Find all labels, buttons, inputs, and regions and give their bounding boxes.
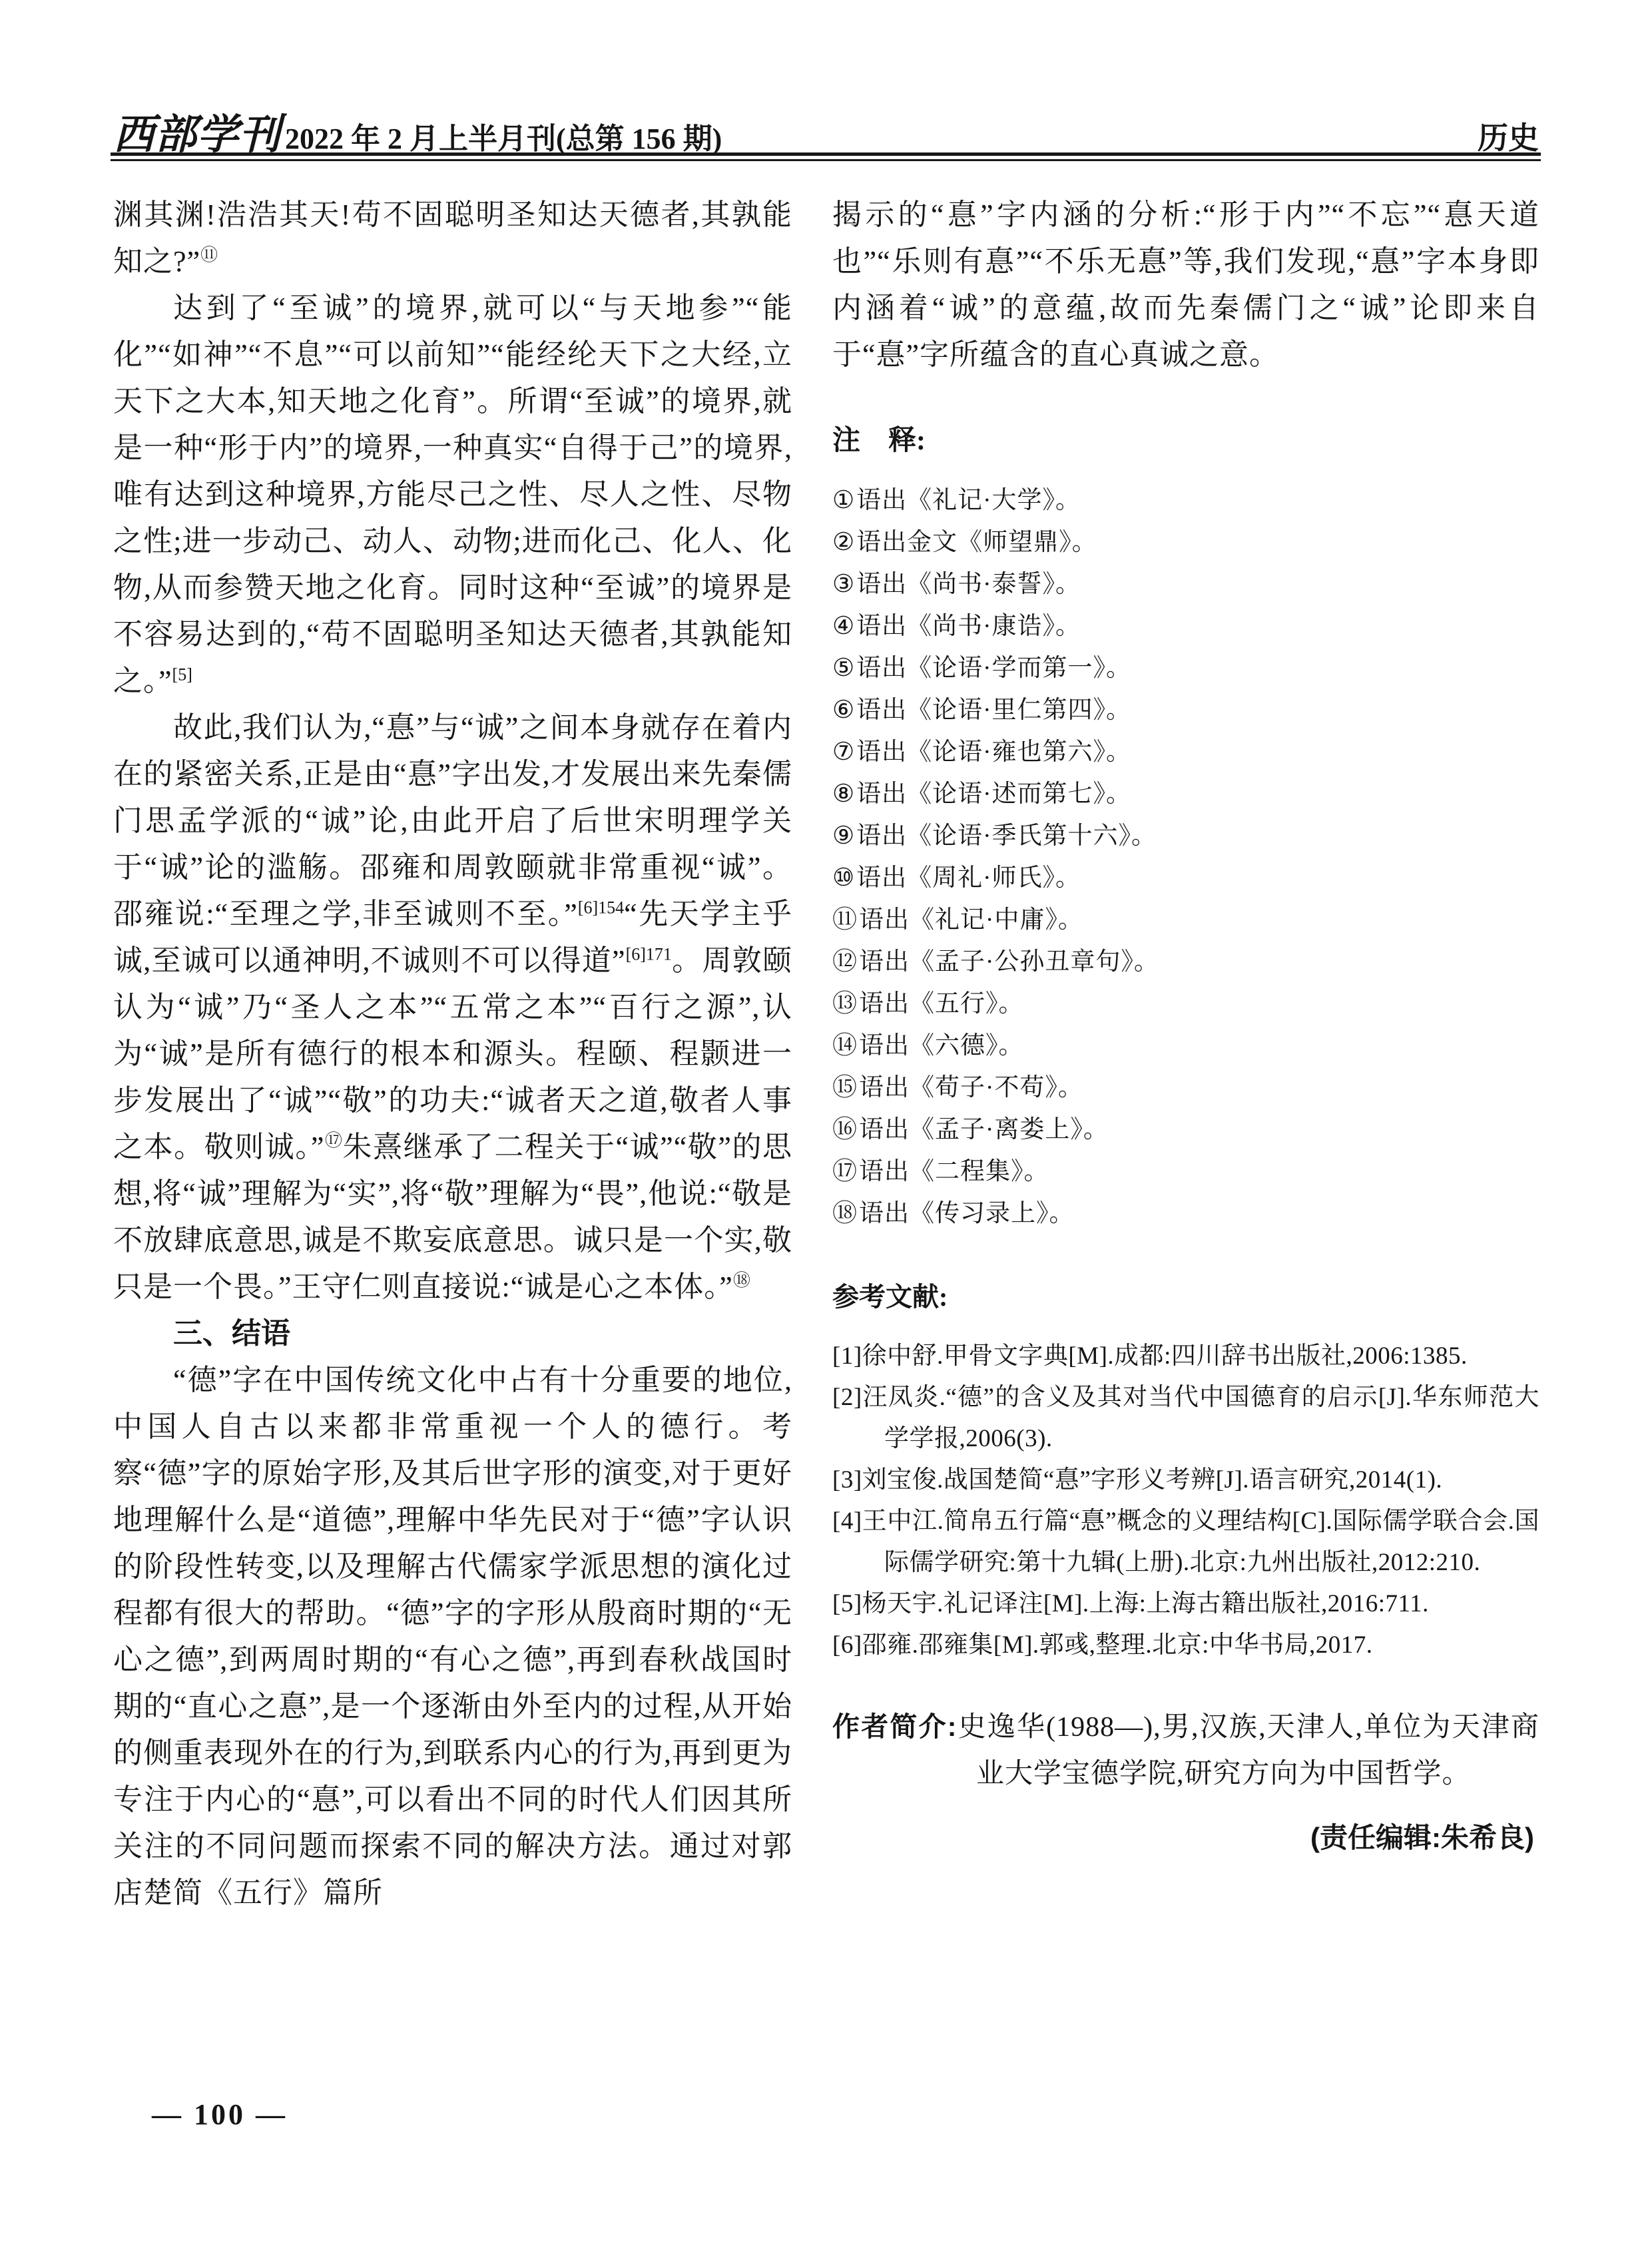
page-header: 西部学刊 2022 年 2 月上半月刊(总第 156 期) 历史: [113, 101, 1539, 160]
note-number: ⑥: [832, 697, 855, 724]
body-paragraph: 故此,我们认为,“惪”与“诚”之间本身就存在着内在的紧密关系,正是由“惪”字出发…: [113, 704, 792, 1310]
section-heading: 三、结语: [113, 1310, 792, 1357]
body-paragraph: “德”字在中国传统文化中占有十分重要的地位,中国人自古以来都非常重视一个人的德行…: [113, 1357, 792, 1916]
editor-line: (责任编辑:朱希良): [832, 1815, 1539, 1861]
rule-line-thin: [111, 159, 1541, 161]
journal-page: 西部学刊 2022 年 2 月上半月刊(总第 156 期) 历史 渊其渊!浩浩其…: [0, 0, 1652, 2242]
reference-item: [3]刘宝俊.战国楚简“惪”字形义考辨[J].语言研究,2014(1).: [832, 1460, 1539, 1501]
note-number: ⑯: [832, 1116, 858, 1143]
note-number: ⑤: [832, 655, 855, 682]
reference-item: [1]徐中舒.甲骨文字典[M].成都:四川辞书出版社,2006:1385.: [832, 1336, 1539, 1377]
journal-logo: 西部学刊: [113, 101, 281, 160]
notes-heading: 注 释:: [832, 420, 1539, 462]
note-number: ⑧: [832, 780, 855, 808]
note-text: 语出《论语·学而第一》。: [856, 655, 1131, 682]
note-item: ⑬语出《五行》。: [832, 983, 1539, 1025]
author-bio: 作者简介:史逸华(1988—),男,汉族,天津人,单位为天津商业大学宝德学院,研…: [832, 1703, 1539, 1797]
note-item: ⑫语出《孟子·公孙丑章句》。: [832, 941, 1539, 983]
note-text: 语出《二程集》。: [859, 1158, 1049, 1185]
note-item: ⑦语出《论语·雍也第六》。: [832, 731, 1539, 773]
note-item: ⑤语出《论语·学而第一》。: [832, 647, 1539, 689]
note-item: ③语出《尚书·泰誓》。: [832, 563, 1539, 605]
superscript-ref: ⑪: [200, 245, 218, 264]
body-paragraph: 达到了“至诚”的境界,就可以“与天地参”“能化”“如神”“不息”“可以前知”“能…: [113, 285, 792, 704]
section-label: 历史: [1478, 114, 1539, 158]
note-number: ⑭: [832, 1032, 858, 1059]
note-item: ⑪语出《礼记·中庸》。: [832, 899, 1539, 941]
note-text: 语出《论语·述而第七》。: [856, 780, 1131, 808]
note-number: ⑰: [832, 1158, 858, 1185]
superscript-ref: [6]171: [626, 944, 672, 964]
note-number: ⑦: [832, 738, 855, 766]
note-number: ⑩: [832, 864, 855, 892]
reference-item: [2]汪凤炎.“德”的含义及其对当代中国德育的启示[J].华东师范大学学报,20…: [832, 1377, 1539, 1460]
note-number: ②: [832, 529, 855, 556]
superscript-ref: ⑱: [733, 1270, 750, 1290]
reference-item: [4]王中江.简帛五行篇“惪”概念的义理结构[C].国际儒学联合会.国际儒学研究…: [832, 1501, 1539, 1583]
references-list: [1]徐中舒.甲骨文字典[M].成都:四川辞书出版社,2006:1385.[2]…: [832, 1336, 1539, 1666]
note-text: 语出《论语·里仁第四》。: [856, 697, 1131, 724]
note-number: ⑮: [832, 1074, 858, 1101]
reference-item: [6]邵雍.邵雍集[M].郭彧,整理.北京:中华书局,2017.: [832, 1625, 1539, 1666]
notes-list: ①语出《礼记·大学》。②语出金文《师望鼎》。③语出《尚书·泰誓》。④语出《尚书·…: [832, 479, 1539, 1235]
author-bio-text: 史逸华(1988—),男,汉族,天津人,单位为天津商业大学宝德学院,研究方向为中…: [957, 1712, 1539, 1789]
note-item: ⑭语出《六德》。: [832, 1025, 1539, 1067]
body-paragraph: 渊其渊!浩浩其天!苟不固聪明圣知达天德者,其孰能知之?”⑪: [113, 192, 792, 285]
left-column: 渊其渊!浩浩其天!苟不固聪明圣知达天德者,其孰能知之?”⑪达到了“至诚”的境界,…: [113, 192, 792, 1916]
header-left: 西部学刊 2022 年 2 月上半月刊(总第 156 期): [113, 101, 722, 160]
note-item: ④语出《尚书·康诰》。: [832, 605, 1539, 647]
note-item: ⑱语出《传习录上》。: [832, 1193, 1539, 1235]
note-text: 语出《论语·季氏第十六》。: [856, 822, 1157, 850]
note-text: 语出《礼记·大学》。: [856, 487, 1081, 514]
note-number: ⑨: [832, 822, 855, 850]
note-text: 语出《六德》。: [859, 1032, 1024, 1059]
references-heading: 参考文献:: [832, 1276, 1539, 1318]
note-number: ⑱: [832, 1200, 858, 1227]
superscript-ref: ⑰: [324, 1131, 342, 1150]
note-item: ⑥语出《论语·里仁第四》。: [832, 689, 1539, 731]
continuation-paragraph: 揭示的“惪”字内涵的分析:“形于内”“不忘”“惪天道也”“乐则有惪”“不乐无惪”…: [832, 192, 1539, 378]
note-text: 语出《孟子·公孙丑章句》。: [859, 948, 1159, 976]
header-rule: [111, 152, 1541, 161]
note-number: ⑫: [832, 948, 858, 976]
rule-line-thick: [111, 152, 1541, 156]
note-number: ③: [832, 571, 855, 598]
note-number: ⑪: [832, 906, 858, 934]
superscript-ref: [6]154: [578, 898, 624, 917]
note-item: ⑧语出《论语·述而第七》。: [832, 773, 1539, 815]
note-number: ④: [832, 613, 855, 640]
note-text: 语出《荀子·不苟》。: [859, 1074, 1083, 1101]
note-text: 语出《传习录上》。: [859, 1200, 1075, 1227]
note-text: 语出《孟子·离娄上》。: [859, 1116, 1109, 1143]
note-text: 语出金文《师望鼎》。: [856, 529, 1097, 556]
note-text: 语出《尚书·泰誓》。: [856, 571, 1081, 598]
note-item: ⑯语出《孟子·离娄上》。: [832, 1109, 1539, 1151]
note-item: ①语出《礼记·大学》。: [832, 479, 1539, 521]
note-item: ⑩语出《周礼·师氏》。: [832, 857, 1539, 899]
issue-info: 2022 年 2 月上半月刊(总第 156 期): [285, 115, 722, 157]
note-item: ⑨语出《论语·季氏第十六》。: [832, 815, 1539, 857]
note-item: ②语出金文《师望鼎》。: [832, 521, 1539, 563]
note-text: 语出《五行》。: [859, 990, 1024, 1017]
note-item: ⑰语出《二程集》。: [832, 1151, 1539, 1193]
right-column: 揭示的“惪”字内涵的分析:“形于内”“不忘”“惪天道也”“乐则有惪”“不乐无惪”…: [832, 192, 1539, 1861]
author-bio-label: 作者简介:: [832, 1711, 957, 1742]
page-number: — 100 —: [152, 2098, 288, 2131]
superscript-ref: [5]: [172, 665, 192, 684]
note-number: ①: [832, 487, 855, 514]
note-text: 语出《周礼·师氏》。: [856, 864, 1081, 892]
note-number: ⑬: [832, 990, 858, 1017]
note-text: 语出《论语·雍也第六》。: [856, 738, 1131, 766]
reference-item: [5]杨天宇.礼记译注[M].上海:上海古籍出版社,2016:711.: [832, 1583, 1539, 1625]
note-text: 语出《尚书·康诰》。: [856, 613, 1081, 640]
note-item: ⑮语出《荀子·不苟》。: [832, 1067, 1539, 1109]
note-text: 语出《礼记·中庸》。: [859, 906, 1083, 934]
